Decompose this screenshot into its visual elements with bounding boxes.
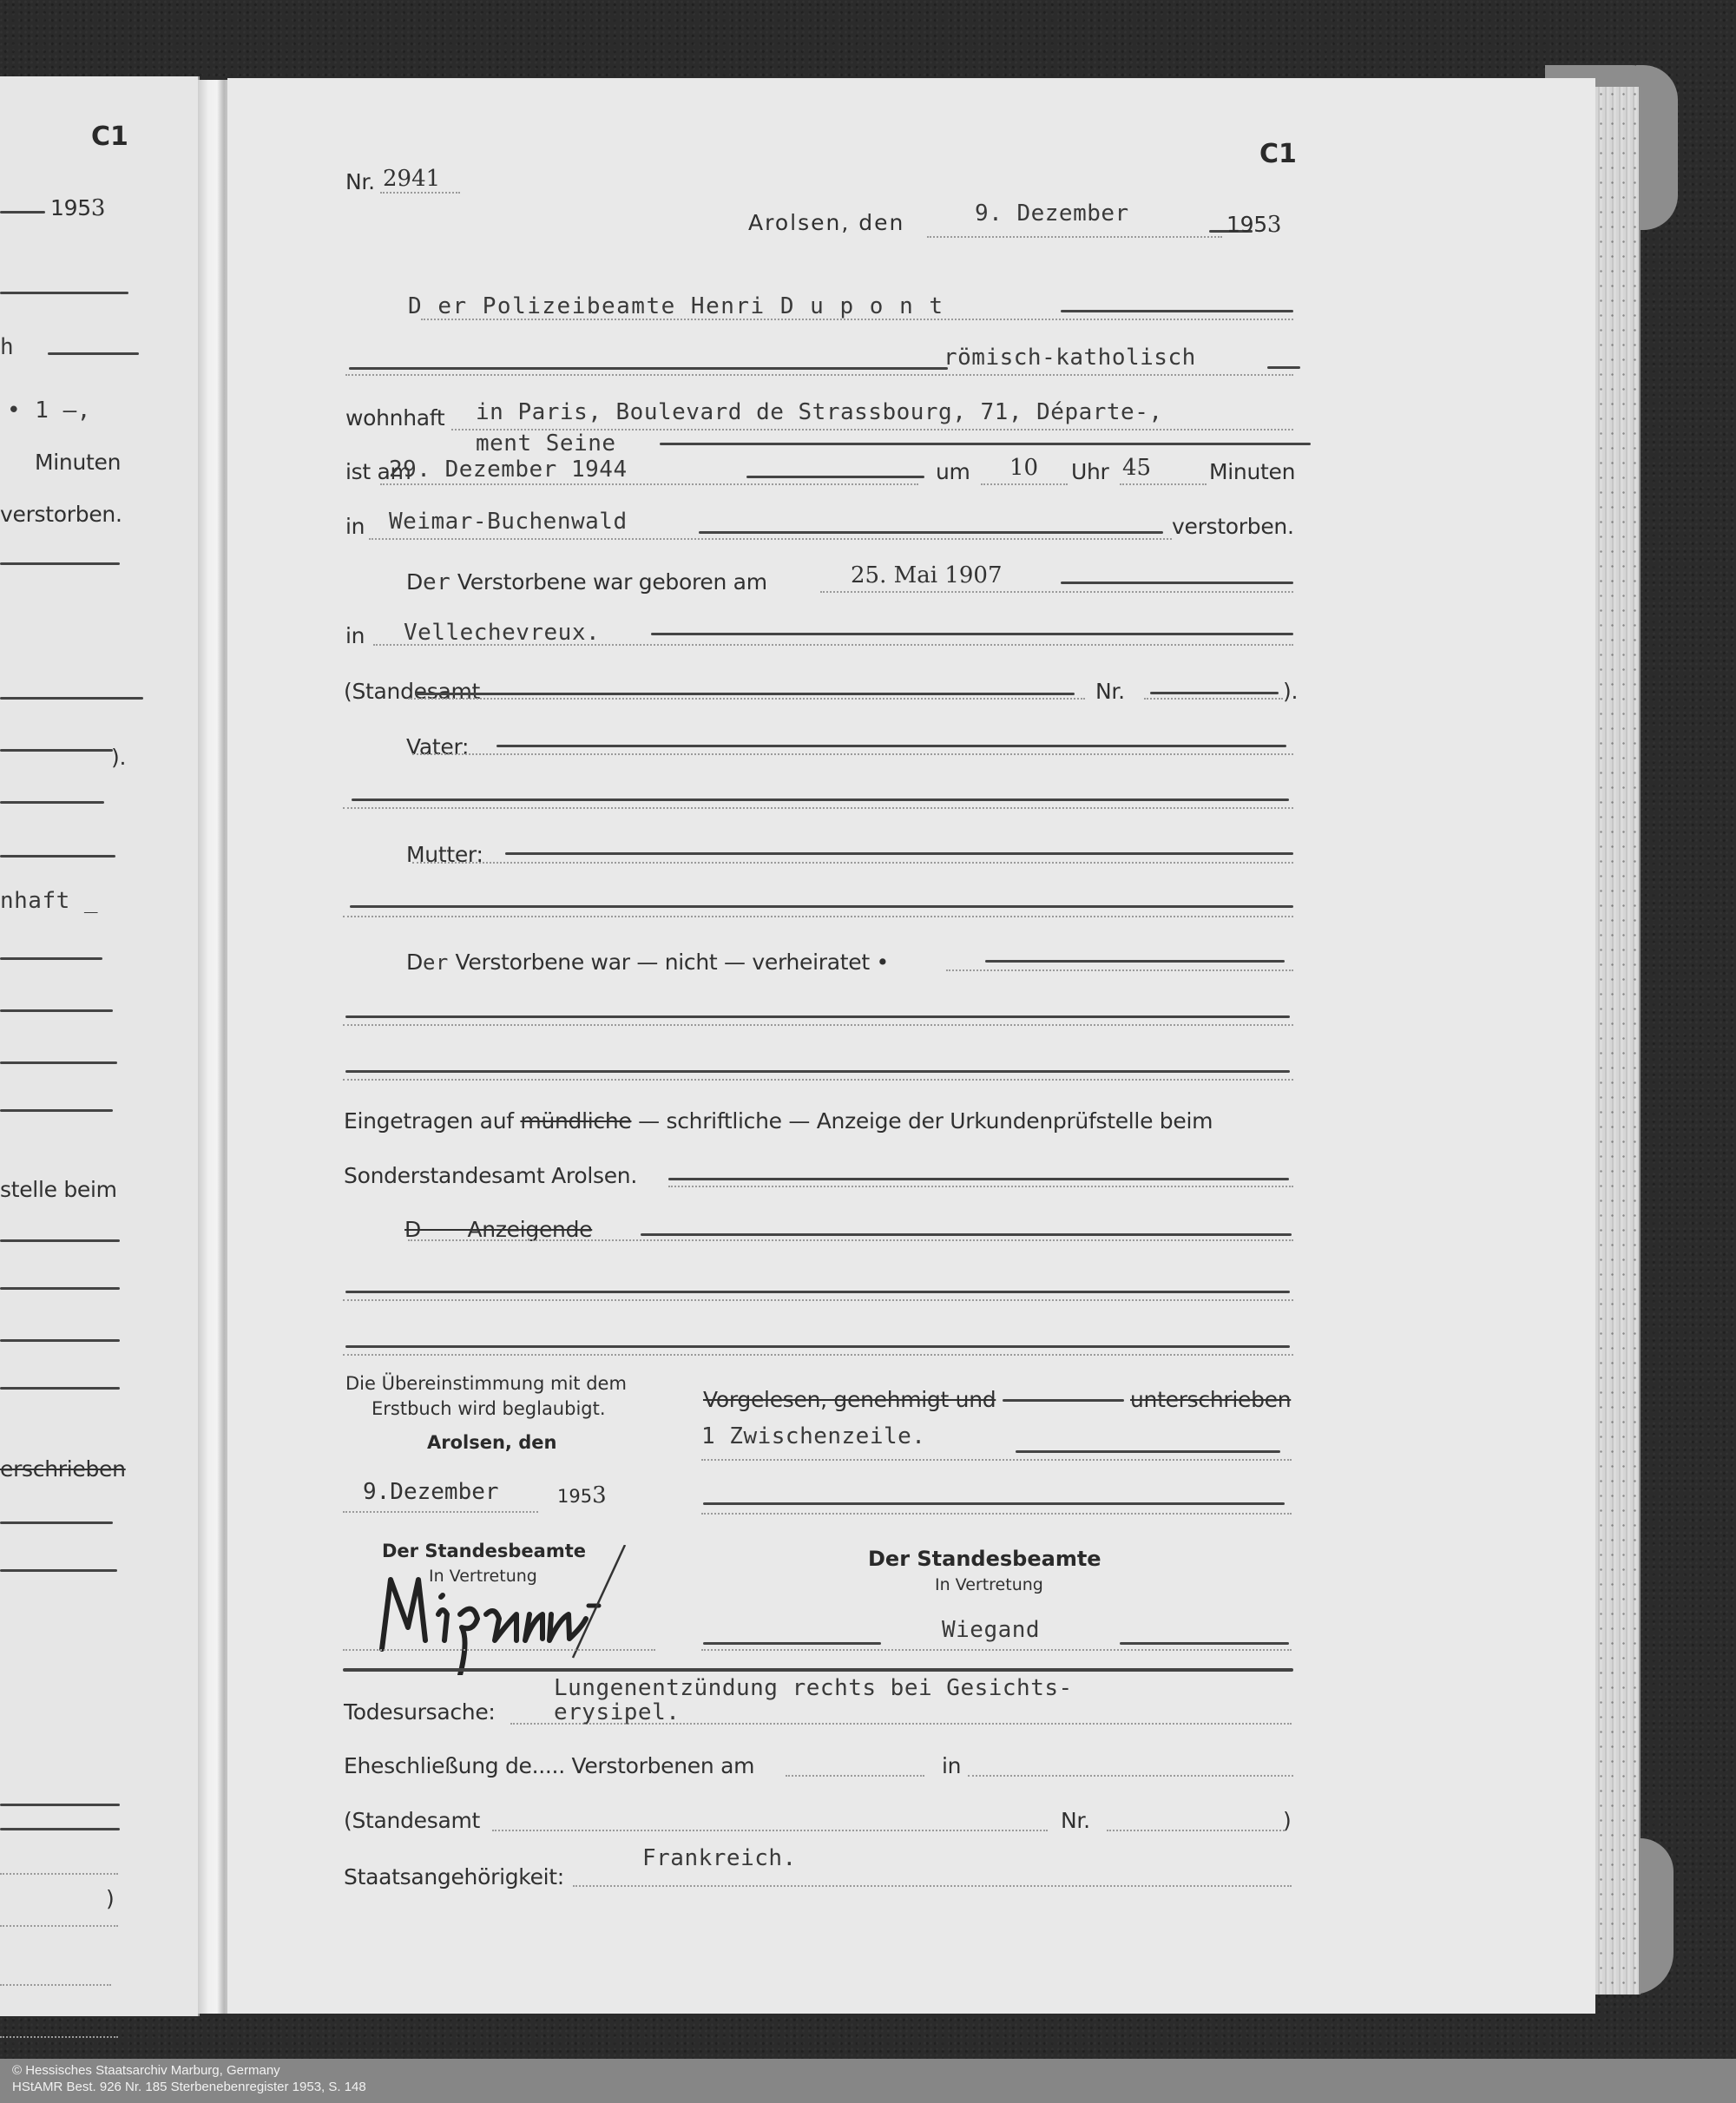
residence-line2: ment Seine xyxy=(476,430,616,457)
cert-date: 9.Dezember xyxy=(363,1479,499,1505)
birth-place-label: in xyxy=(345,623,365,648)
cause-line1: Lungenentzündung rechts bei Gesichts- xyxy=(554,1675,1073,1701)
father-label: Vater: xyxy=(406,734,469,759)
marital-line: Der Verstorbene war — nicht — verheirate… xyxy=(406,950,889,975)
right-official-sub: In Vertretung xyxy=(935,1575,1043,1594)
left-frag-unterschrieben: erschrieben xyxy=(0,1456,126,1482)
left-form-code: C1 xyxy=(91,122,128,152)
archive-reference: HStAMR Best. 926 Nr. 185 Sterbenebenregi… xyxy=(12,2079,1736,2095)
cert-struck-signed: unterschrieben xyxy=(1130,1387,1291,1412)
informant-line: D Anzeigende xyxy=(404,1217,592,1242)
registration-line1: Eingetragen auf mündliche — schriftliche… xyxy=(344,1108,1213,1134)
birth-place: Vellechevreux. xyxy=(404,620,600,646)
page-edges xyxy=(1595,87,1641,1995)
cert-place: Arolsen, den xyxy=(427,1432,556,1453)
cert-struck-read-approved: Vorgelesen, genehmigt und xyxy=(703,1387,996,1412)
register-number: 2941 xyxy=(383,166,440,192)
birth-line: Der Verstorbene war geboren am xyxy=(406,569,767,595)
registration-line2: Sonderstandesamt Arolsen. xyxy=(344,1163,637,1188)
marriage-registry-label: (Standesamt xyxy=(344,1808,480,1833)
left-frag-h: h xyxy=(0,334,14,360)
book-cover-corner-top xyxy=(1636,65,1678,230)
birth-registry-nr-label: Nr. xyxy=(1095,679,1125,704)
register-number-label: Nr. xyxy=(345,169,375,194)
death-place-label: in xyxy=(345,514,365,539)
left-page: C1 1953 h • 1 —, Minuten verstorben. ). … xyxy=(0,76,200,2016)
hour-label: Uhr xyxy=(1071,459,1109,484)
left-frag-close: ) xyxy=(106,1886,114,1911)
document-year: 1953 xyxy=(1226,212,1281,238)
minutes-label: Minuten xyxy=(1209,459,1295,484)
left-frag-1: • 1 —, xyxy=(7,398,91,424)
copyright-text: © Hessisches Staatsarchiv Marburg, Germa… xyxy=(12,2062,1736,2079)
residence-label: wohnhaft xyxy=(345,405,444,430)
subject-line: D er Polizeibeamte Henri D u p o n t xyxy=(408,293,944,319)
death-minutes: 45 xyxy=(1122,455,1151,481)
cert-line2: Erstbuch wird beglaubigt. xyxy=(372,1398,606,1419)
form-code: C1 xyxy=(1259,139,1297,169)
right-official-title: Der Standesbeamte xyxy=(868,1547,1101,1571)
left-frag-verstorben: verstorben. xyxy=(0,502,122,527)
birth-registry-label: (Standesamt xyxy=(344,679,480,704)
marriage-label: Eheschließung de..... Verstorbenen am xyxy=(344,1753,754,1778)
left-frag-paren: ). xyxy=(111,745,126,770)
struck-muendliche: mündliche xyxy=(520,1108,631,1134)
cert-line1: Die Übereinstimmung mit dem xyxy=(345,1373,627,1394)
place-date-label: Arolsen, den xyxy=(748,210,904,235)
left-frag-minuten: Minuten xyxy=(35,450,121,475)
handwritten-signature xyxy=(365,1545,677,1675)
died-label: verstorben. xyxy=(1172,514,1294,539)
death-hour: 10 xyxy=(1009,455,1038,481)
nationality-label: Staatsangehörigkeit: xyxy=(344,1864,564,1889)
cause-label: Todesursache: xyxy=(344,1699,496,1725)
death-date: 29. Dezember 1944 xyxy=(389,457,628,483)
time-um-label: um xyxy=(936,459,970,484)
residence-line1: in Paris, Boulevard de Strassbourg, 71, … xyxy=(476,399,1163,425)
interline-note: 1 Zwischenzeile. xyxy=(701,1423,925,1449)
birth-registry-close: ). xyxy=(1283,679,1298,704)
left-frag-beim: stelle beim xyxy=(0,1177,117,1202)
left-year: 1953 xyxy=(50,195,105,221)
cert-year: 1953 xyxy=(557,1482,607,1508)
cause-line2: erysipel. xyxy=(554,1699,680,1725)
birth-date: 25. Mai 1907 xyxy=(851,562,1002,588)
archive-footer: © Hessisches Staatsarchiv Marburg, Germa… xyxy=(0,2059,1736,2103)
religion: römisch-katholisch xyxy=(944,345,1196,371)
right-official-name: Wiegand xyxy=(942,1617,1040,1643)
death-place: Weimar-Buchenwald xyxy=(389,509,628,535)
marriage-in-label: in xyxy=(942,1753,961,1778)
left-frag-wohnhaft: nhaft _ xyxy=(0,888,98,914)
document-date: 9. Dezember xyxy=(975,200,1129,227)
nationality: Frankreich. xyxy=(642,1845,797,1871)
marriage-registry-close: ) xyxy=(1283,1808,1291,1833)
marriage-registry-nr-label: Nr. xyxy=(1061,1808,1090,1833)
